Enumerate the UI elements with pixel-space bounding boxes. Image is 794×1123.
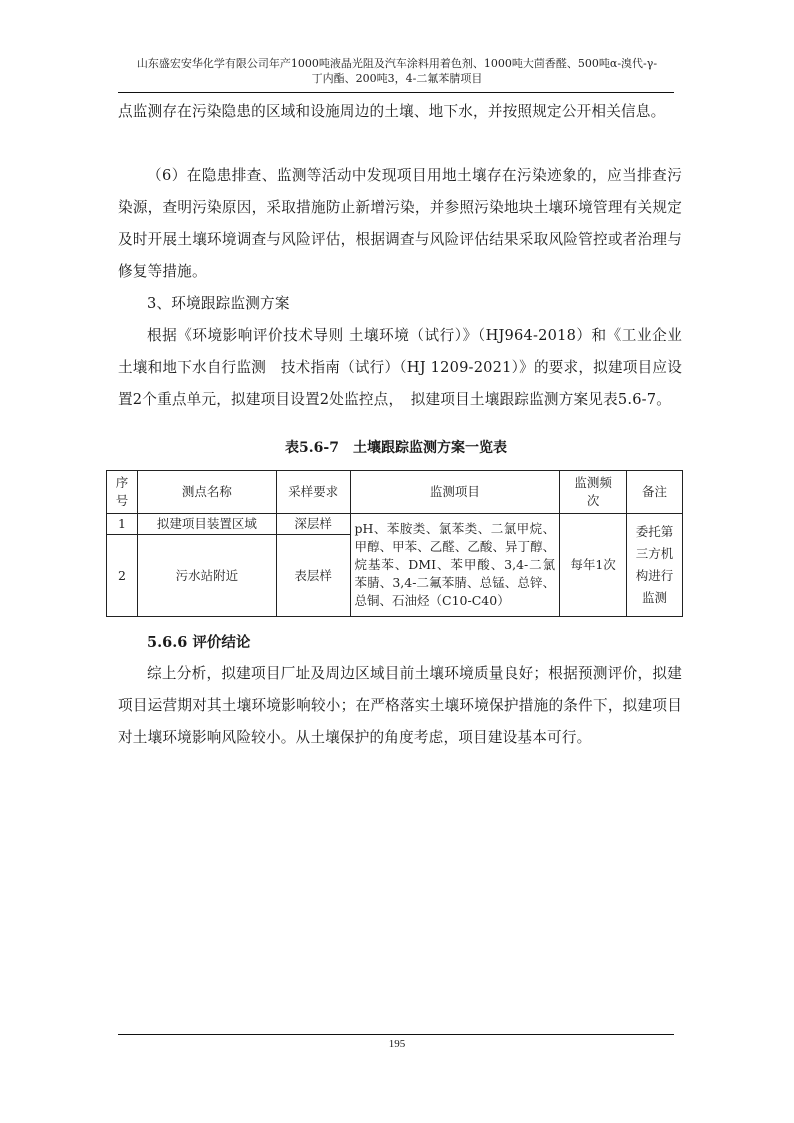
subsection-heading: 3、环境跟踪监测方案 [118, 288, 682, 320]
table-header-row: 序号 测点名称 采样要求 监测项目 监测频次 备注 [107, 471, 683, 514]
header-cell: 备注 [627, 471, 683, 514]
header-line-2: 丁内酯、200吨3，4-二氟苯腈项目 [100, 71, 694, 86]
row-number: 1 [107, 514, 138, 535]
paragraph-basis: 根据《环境影响评价技术导则 土壤环境（试行）》（HJ964-2018）和《工业企… [118, 320, 682, 416]
paragraph-item-6: （6）在隐患排查、监测等活动中发现项目用地土壤存在污染迹象的，应当排查污染源，查… [118, 160, 682, 288]
remark: 委托第三方机构进行监测 [627, 514, 683, 617]
table-row: 1 拟建项目装置区域 深层样 pH、苯胺类、氯苯类、二氯甲烷、甲醇、甲苯、乙醛、… [107, 514, 683, 535]
header-cell: 监测项目 [350, 471, 560, 514]
header-cell: 监测频次 [560, 471, 627, 514]
header-cell: 测点名称 [137, 471, 276, 514]
paragraph-continuation: 点监测存在污染隐患的区域和设施周边的土壤、地下水，并按照规定公开相关信息。 [118, 96, 682, 128]
page-number: 195 [100, 1036, 694, 1052]
header-divider [118, 92, 674, 93]
point-name: 污水站附近 [137, 535, 276, 617]
monitoring-frequency: 每年1次 [560, 514, 627, 617]
monitoring-items: pH、苯胺类、氯苯类、二氯甲烷、甲醇、甲苯、乙醛、乙酸、异丁醇、烷基苯、DMI、… [350, 514, 560, 617]
conclusion-paragraph: 综上分析，拟建项目厂址及周边区域目前土壤环境质量良好；根据预测评价，拟建项目运营… [118, 658, 682, 754]
footer-divider [118, 1034, 674, 1035]
running-header: 山东盛宏安华化学有限公司年产1000吨液晶光阻及汽车涂料用着色剂、1000吨大茴… [100, 56, 694, 86]
table-caption: 表5.6-7 土壤跟踪监测方案一览表 [118, 436, 674, 460]
monitoring-plan-table: 序号 测点名称 采样要求 监测项目 监测频次 备注 1 拟建项目装置区域 深层样… [106, 470, 683, 617]
sampling-type: 深层样 [276, 514, 350, 535]
header-line-1: 山东盛宏安华化学有限公司年产1000吨液晶光阻及汽车涂料用着色剂、1000吨大茴… [100, 56, 694, 71]
section-heading: 5.6.6 评价结论 [147, 628, 250, 658]
header-cell: 采样要求 [276, 471, 350, 514]
sampling-type: 表层样 [276, 535, 350, 617]
row-number: 2 [107, 535, 138, 617]
header-cell: 序号 [107, 471, 138, 514]
point-name: 拟建项目装置区域 [137, 514, 276, 535]
